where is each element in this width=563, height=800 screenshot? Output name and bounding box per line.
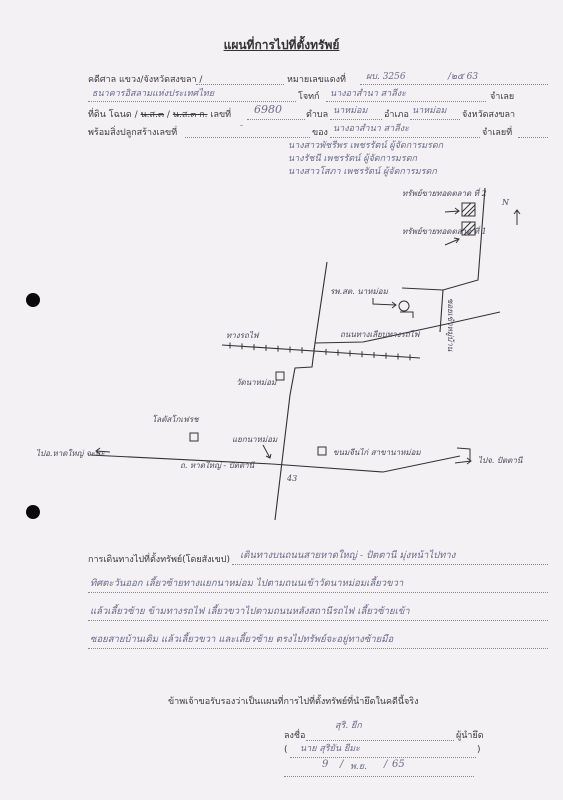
date-year: 65 (392, 759, 405, 770)
directions-line-1: เดินทางบนถนนสายหาดใหญ่ - ปัตตานี มุ่งหน้… (240, 548, 455, 563)
signature-value: สุริ. ยีก (335, 718, 362, 732)
directions-label: การเดินทางไปที่ตั้งทรัพย์(โดยสังเขป) (88, 552, 230, 566)
directions-line-3: แล้วเลี้ยวซ้าย ข้ามทางรถไฟ เลี้ยวขวาไปตา… (90, 604, 410, 619)
name-open-paren: ( (284, 745, 288, 755)
date-sep-1: / (340, 759, 343, 770)
market-label: โลตัสโกเฟรช (152, 414, 200, 424)
route-number: 43 (286, 474, 297, 483)
side-road-label: ซอยเข้าหมู่บ้าน (445, 298, 455, 352)
date-month: พ.ย. (350, 759, 367, 773)
name-value: นาย สุริยัน ยีมะ (300, 741, 360, 755)
property-2-label: ทรัพย์ขายทอดตลาด ที่ 2 (402, 187, 487, 198)
property-1-label: ทรัพย์ขายทอดตลาด ที่ 1 (402, 225, 487, 236)
junction-label: แยกนาหม่อม (232, 435, 278, 444)
directions-line-4: ซอยสายบ้านเดิม แล้วเลี้ยวขวา และเลี้ยวซ้… (90, 632, 393, 647)
sign-label: ลงชื่อ (284, 728, 305, 742)
temple-label: วัดนาหม่อม (236, 378, 277, 387)
to-right-label: ไปจ. ปัตตานี (478, 455, 523, 465)
date-day: 9 (322, 759, 328, 770)
railway-label: ทางรถไฟ (226, 330, 260, 340)
name-close-paren: ) (477, 745, 481, 755)
date-field (284, 764, 474, 777)
highway-label: ถ. หาดใหญ่ - ปัตตานี (180, 460, 255, 470)
certification-text: ข้าพเจ้าขอรับรองว่าเป็นแผนที่การไปที่ตั้… (168, 694, 419, 708)
date-sep-2: / (384, 759, 387, 770)
station-road-label: ถนนทางเลียบทางรถไฟ (340, 329, 421, 339)
shop-label: ขนมจีนไก่ สาขานาหม่อม (333, 447, 421, 457)
sign-field (306, 728, 454, 741)
role-label: ผู้นำยึด (456, 728, 484, 742)
hospital-label: รพ.สต. นาหม่อม (330, 287, 389, 296)
to-left-label: ไปอ.หาดใหญ่ จะนะ (36, 448, 105, 458)
north-label: N (501, 198, 510, 207)
document-page: แผนที่การไปที่ตั้งทรัพย์ คดีศาล แขวง/จัง… (0, 0, 563, 800)
directions-line-2: ทิศตะวันออก เลี้ยวซ้ายทางแยกนาหม่อม ไปตา… (90, 576, 403, 591)
location-map: N ทรัพย์ขายทอดตลาด ที่ 2 ทรัพย์ขายทอดตลา… (0, 0, 563, 800)
